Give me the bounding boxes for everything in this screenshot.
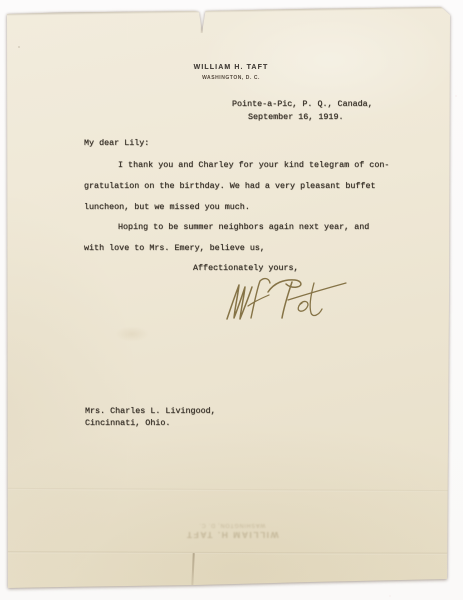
paper-tear-top [201, 12, 203, 33]
showthrough-name: WILLIAM H. TAFT [182, 530, 282, 540]
body-line: with love to Mrs. Emery, believe us, [84, 243, 265, 253]
recipient-name: Mrs. Charles L. Livingood, [85, 406, 216, 416]
letterhead-showthrough: WILLIAM H. TAFT WASHINGTON, D. C. [182, 514, 282, 540]
body-line: gratulation on the birthday. We had a ve… [84, 181, 376, 191]
paper-top-edge-shadow [7, 5, 449, 16]
letterhead: WILLIAM H. TAFT WASHINGTON, D. C. [150, 64, 312, 81]
recipient-city: Cincinnati, Ohio. [85, 418, 170, 428]
salutation: My dear Lily: [84, 138, 149, 148]
body-line: Hoping to be summer neighbors again next… [118, 222, 369, 232]
dateline-date: September 16, 1919. [248, 112, 344, 122]
letterhead-address: WASHINGTON, D. C. [150, 75, 312, 81]
taft-signature [224, 276, 349, 326]
showthrough-address: WASHINGTON, D. C. [182, 521, 282, 529]
fold-crease-upper [7, 488, 448, 492]
scanned-letter: WILLIAM H. TAFT WASHINGTON, D. C. Pointe… [0, 0, 463, 600]
dateline-place: Pointe-a-Pic, P. Q., Canada, [232, 99, 373, 109]
body-line: luncheon, but we missed you much. [84, 202, 250, 212]
paper-tear-bottom [191, 553, 194, 587]
paper-shadow-wrap: WILLIAM H. TAFT WASHINGTON, D. C. Pointe… [0, 0, 463, 600]
fold-crease-lower [7, 551, 448, 555]
letter-paper: WILLIAM H. TAFT WASHINGTON, D. C. Pointe… [0, 0, 463, 600]
body-line: I thank you and Charley for your kind te… [118, 160, 389, 170]
letterhead-name: WILLIAM H. TAFT [150, 64, 312, 71]
closing-line: Affectionately yours, [193, 263, 299, 273]
